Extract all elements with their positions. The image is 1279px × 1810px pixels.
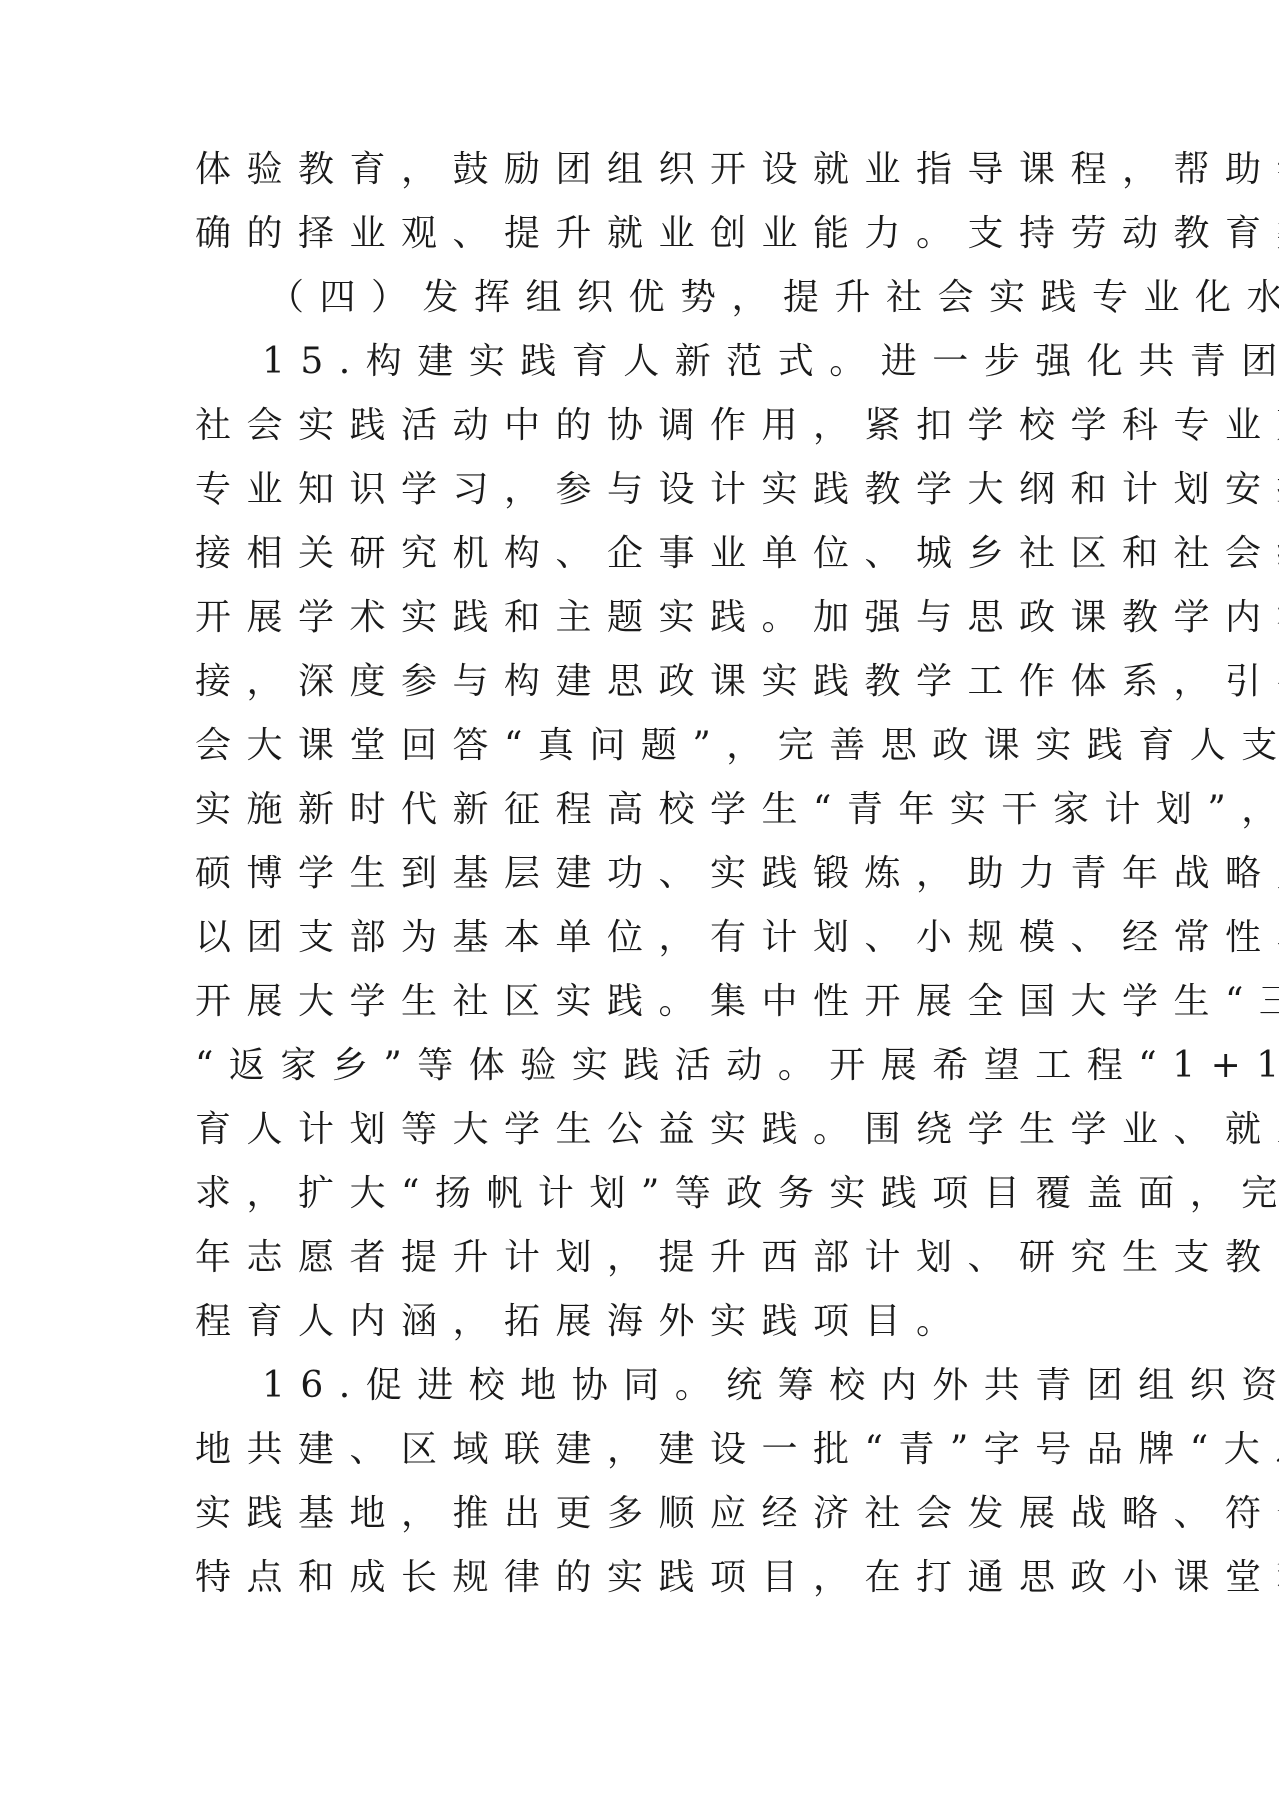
paragraph-15-start: 15.构建实践育人新范式。进一步强化共青团在学生各类 bbox=[262, 330, 1162, 394]
text-line: 开展大学生社区实践。集中性开展全国大学生“三下乡”、 bbox=[195, 970, 1095, 1034]
paragraph-16-start: 16.促进校地协同。统筹校内外共青团组织资源，加强校 bbox=[262, 1354, 1162, 1418]
section-heading: （四）发挥组织优势，提升社会实践专业化水平 bbox=[268, 266, 1168, 330]
text-line: 特点和成长规律的实践项目，在打通思政小课堂和社会大课 bbox=[195, 1546, 1095, 1610]
text-line: 接，深度参与构建思政课实践教学工作体系，引导学生在社 bbox=[195, 650, 1095, 714]
document-page: 体验教育，鼓励团组织开设就业指导课程，帮助学生树立正 确的择业观、提升就业创业能… bbox=[0, 0, 1279, 1810]
text-line: 专业知识学习，参与设计实践教学大纲和计划安排，积极对 bbox=[195, 458, 1095, 522]
text-line: 会大课堂回答“真问题”，完善思政课实践育人支撑体系。 bbox=[195, 714, 1095, 778]
text-line: 以团支部为基本单位，有计划、小规模、经常性、组织化地 bbox=[195, 906, 1095, 970]
text-line: 求，扩大“扬帆计划”等政务实践项目覆盖面，完善高校青 bbox=[195, 1162, 1095, 1226]
text-line: 确的择业观、提升就业创业能力。支持劳动教育类社团发展。 bbox=[195, 202, 1095, 266]
text-line: 育人计划等大学生公益实践。围绕学生学业、就业等发展需 bbox=[195, 1098, 1095, 1162]
text-line: 年志愿者提升计划，提升西部计划、研究生支教团、希望工 bbox=[195, 1226, 1095, 1290]
text-line: 实践基地，推出更多顺应经济社会发展战略、符合青年思想 bbox=[195, 1482, 1095, 1546]
text-line: 程育人内涵，拓展海外实践项目。 bbox=[195, 1290, 1095, 1354]
text-line: 硕博学生到基层建功、实践锻炼，助力青年战略人才培养。 bbox=[195, 842, 1095, 906]
text-line: 体验教育，鼓励团组织开设就业指导课程，帮助学生树立正 bbox=[195, 138, 1095, 202]
text-line: 地共建、区域联建，建设一批“青”字号品牌“大思政课” bbox=[195, 1418, 1095, 1482]
text-line: 社会实践活动中的协调作用，紧扣学校学科专业建设和学生 bbox=[195, 394, 1095, 458]
text-line: “返家乡”等体验实践活动。开展希望工程“1+1+1”助学 bbox=[195, 1034, 1095, 1098]
text-line: 接相关研究机构、企事业单位、城乡社区和社会组织，广泛 bbox=[195, 522, 1095, 586]
text-line: 开展学术实践和主题实践。加强与思政课教学内容的精准衔 bbox=[195, 586, 1095, 650]
text-line: 实施新时代新征程高校学生“青年实干家计划”，推动优秀 bbox=[195, 778, 1095, 842]
